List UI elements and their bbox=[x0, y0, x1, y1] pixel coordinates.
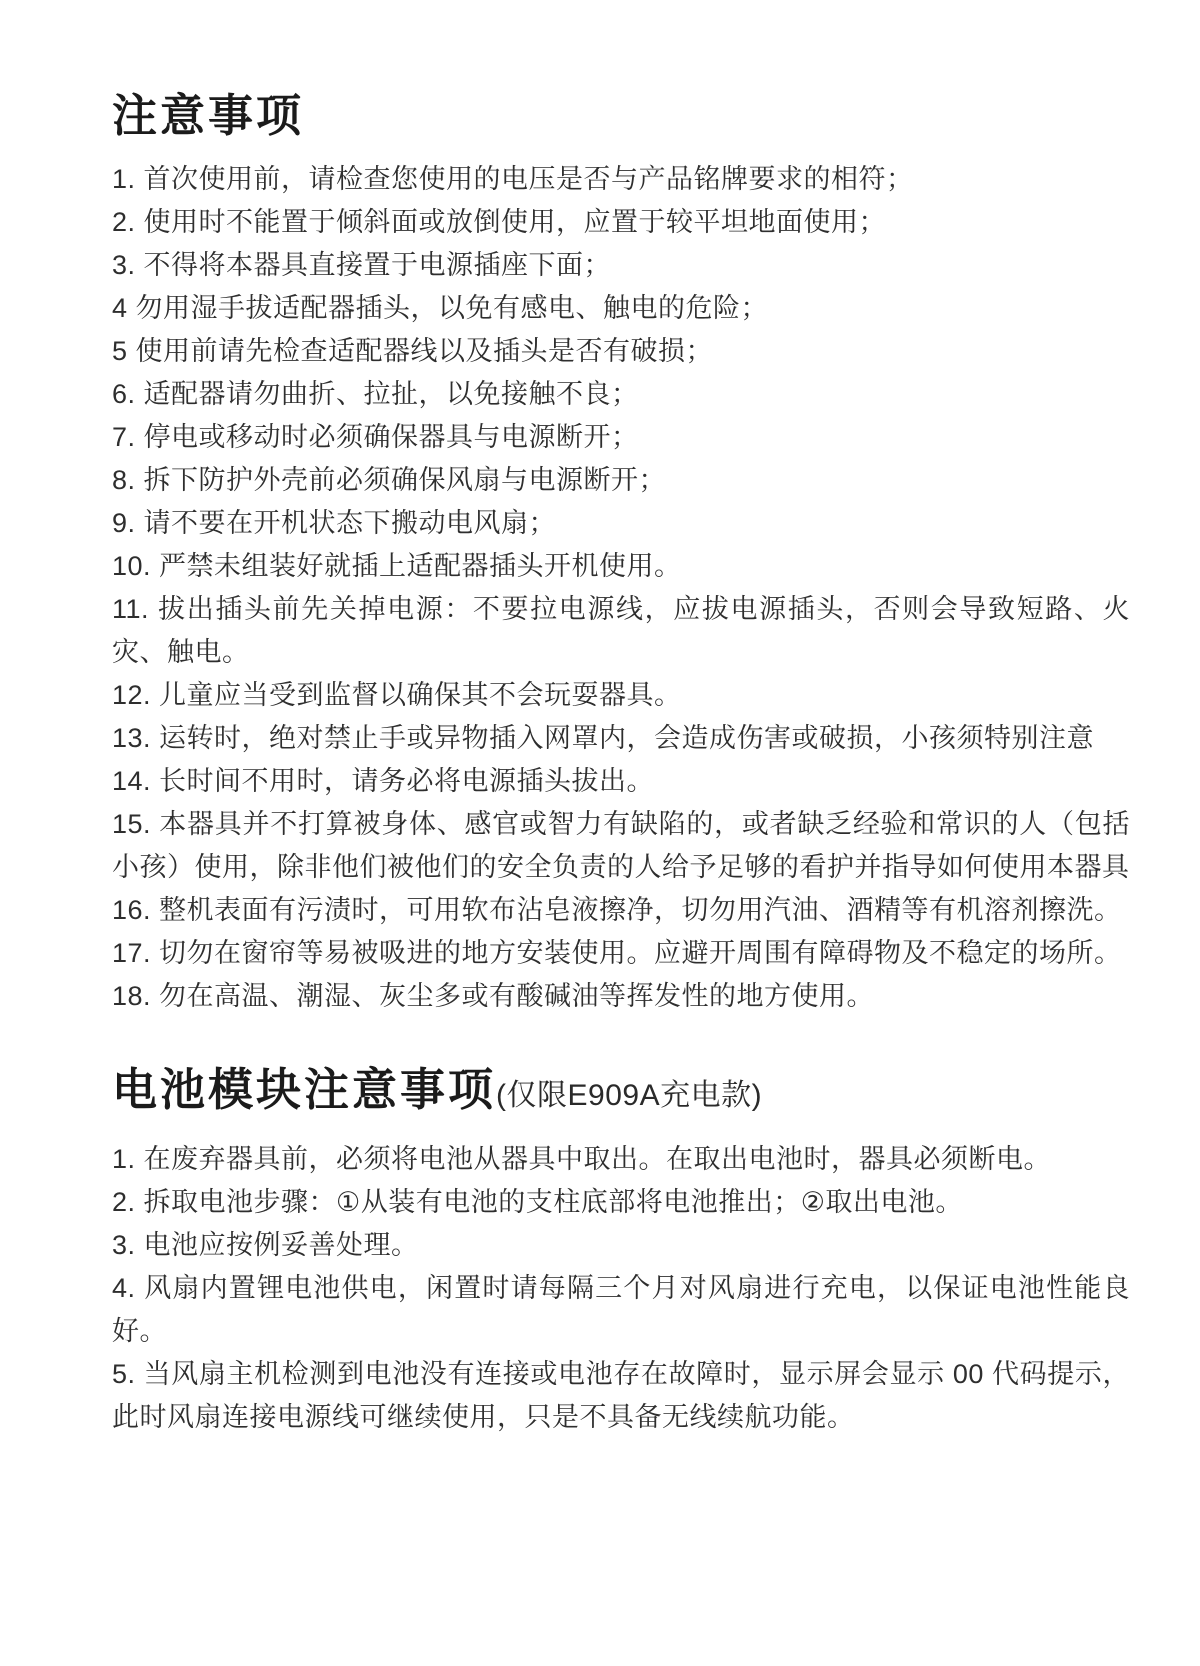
precaution-item-5: 5 使用前请先检查适配器线以及插头是否有破损； bbox=[112, 330, 1130, 373]
precaution-item-15: 15. 本器具并不打算被身体、感官或智力有缺陷的，或者缺乏经验和常识的人（包括小… bbox=[112, 803, 1130, 889]
precaution-item-12: 12. 儿童应当受到监督以确保其不会玩耍器具。 bbox=[112, 674, 1130, 717]
precautions-list: 1. 首次使用前，请检查您使用的电压是否与产品铭牌要求的相符； 2. 使用时不能… bbox=[112, 158, 1130, 1018]
precaution-item-1: 1. 首次使用前，请检查您使用的电压是否与产品铭牌要求的相符； bbox=[112, 158, 1130, 201]
battery-list: 1. 在废弃器具前，必须将电池从器具中取出。在取出电池时，器具必须断电。 2. … bbox=[112, 1138, 1130, 1439]
battery-title-suffix: (仅限E909A充电款) bbox=[496, 1079, 762, 1112]
precaution-item-7: 7. 停电或移动时必须确保器具与电源断开； bbox=[112, 416, 1130, 459]
precaution-item-6: 6. 适配器请勿曲折、拉扯，以免接触不良； bbox=[112, 373, 1130, 416]
battery-item-5: 5. 当风扇主机检测到电池没有连接或电池存在故障时，显示屏会显示 00 代码提示… bbox=[112, 1353, 1130, 1439]
precaution-item-2: 2. 使用时不能置于倾斜面或放倒使用，应置于较平坦地面使用； bbox=[112, 201, 1130, 244]
battery-item-1: 1. 在废弃器具前，必须将电池从器具中取出。在取出电池时，器具必须断电。 bbox=[112, 1138, 1130, 1181]
battery-item-2: 2. 拆取电池步骤：①从装有电池的支柱底部将电池推出；②取出电池。 bbox=[112, 1181, 1130, 1224]
precaution-item-16: 16. 整机表面有污渍时，可用软布沾皂液擦净，切勿用汽油、酒精等有机溶剂擦洗。 bbox=[112, 889, 1130, 932]
precautions-title: 注意事项 bbox=[112, 88, 1130, 144]
precaution-item-17: 17. 切勿在窗帘等易被吸进的地方安装使用。应避开周围有障碍物及不稳定的场所。 bbox=[112, 932, 1130, 975]
manual-page: 注意事项 1. 首次使用前，请检查您使用的电压是否与产品铭牌要求的相符； 2. … bbox=[0, 0, 1200, 1666]
precautions-section: 注意事项 1. 首次使用前，请检查您使用的电压是否与产品铭牌要求的相符； 2. … bbox=[112, 88, 1130, 1018]
precaution-item-18: 18. 勿在高温、潮湿、灰尘多或有酸碱油等挥发性的地方使用。 bbox=[112, 975, 1130, 1018]
precaution-item-11: 11. 拔出插头前先关掉电源：不要拉电源线，应拔电源插头，否则会导致短路、火灾、… bbox=[112, 588, 1130, 674]
battery-section: 电池模块注意事项(仅限E909A充电款) 1. 在废弃器具前，必须将电池从器具中… bbox=[112, 1062, 1130, 1439]
precaution-item-4: 4 勿用湿手拔适配器插头，以免有感电、触电的危险； bbox=[112, 287, 1130, 330]
precaution-item-13: 13. 运转时，绝对禁止手或异物插入网罩内，会造成伤害或破损，小孩须特别注意 bbox=[112, 717, 1130, 760]
precaution-item-9: 9. 请不要在开机状态下搬动电风扇； bbox=[112, 502, 1130, 545]
precaution-item-14: 14. 长时间不用时，请务必将电源插头拔出。 bbox=[112, 760, 1130, 803]
battery-title: 电池模块注意事项(仅限E909A充电款) bbox=[112, 1062, 1130, 1124]
battery-item-4: 4. 风扇内置锂电池供电，闲置时请每隔三个月对风扇进行充电，以保证电池性能良好。 bbox=[112, 1267, 1130, 1353]
precaution-item-10: 10. 严禁未组装好就插上适配器插头开机使用。 bbox=[112, 545, 1130, 588]
precaution-item-3: 3. 不得将本器具直接置于电源插座下面； bbox=[112, 244, 1130, 287]
battery-item-3: 3. 电池应按例妥善处理。 bbox=[112, 1224, 1130, 1267]
battery-title-text: 电池模块注意事项 bbox=[112, 1064, 496, 1115]
precaution-item-8: 8. 拆下防护外壳前必须确保风扇与电源断开； bbox=[112, 459, 1130, 502]
